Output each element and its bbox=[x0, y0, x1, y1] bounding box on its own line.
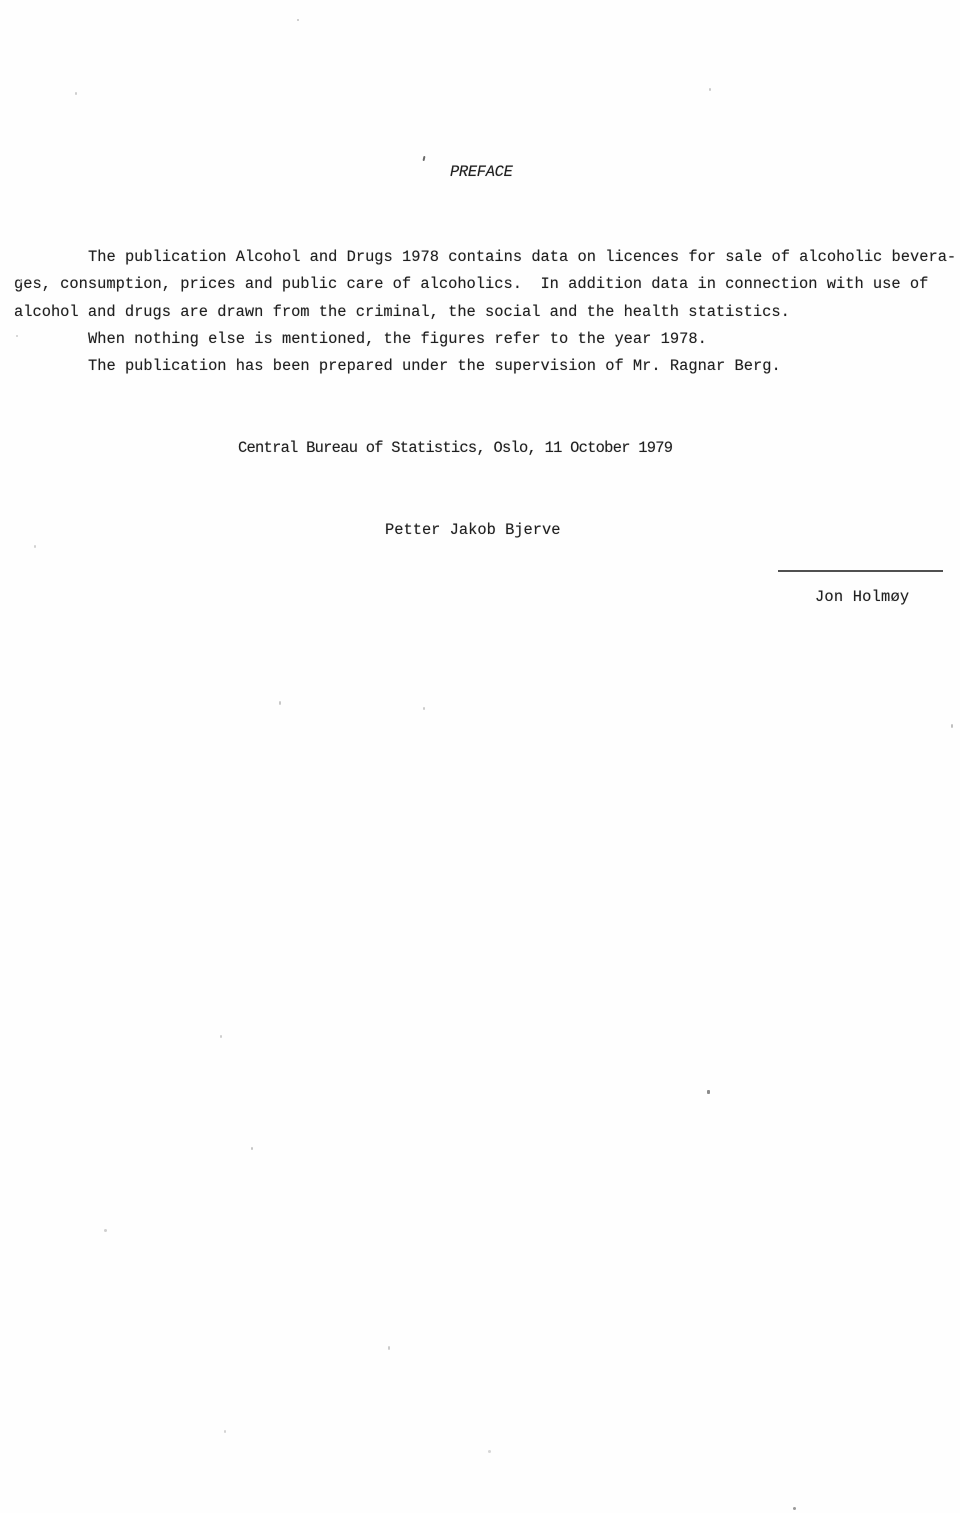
signature-cosigner-name: Jon Holmøy bbox=[815, 587, 909, 607]
page-title: PREFACE bbox=[450, 162, 513, 182]
dateline: Central Bureau of Statistics, Oslo, 11 O… bbox=[238, 438, 672, 458]
document-page: PREFACE The publication Alcohol and Drug… bbox=[0, 0, 960, 1513]
signature-line bbox=[778, 570, 943, 572]
body-line: alcohol and drugs are drawn from the cri… bbox=[14, 299, 944, 326]
scan-speck bbox=[251, 1147, 253, 1150]
body-line: The publication Alcohol and Drugs 1978 c… bbox=[14, 244, 944, 271]
scan-speck bbox=[423, 156, 426, 161]
scan-speck bbox=[20, 280, 22, 283]
scan-speck bbox=[388, 1346, 390, 1350]
body-line: The publication has been prepared under … bbox=[14, 353, 944, 380]
scan-speck bbox=[423, 707, 425, 710]
scan-speck bbox=[220, 1035, 222, 1038]
scan-speck bbox=[104, 1229, 107, 1232]
scan-speck bbox=[793, 1507, 796, 1510]
scan-speck bbox=[488, 1450, 491, 1453]
scan-speck bbox=[279, 701, 281, 705]
preface-paragraphs: The publication Alcohol and Drugs 1978 c… bbox=[14, 244, 944, 380]
scan-speck bbox=[34, 545, 36, 548]
scan-speck bbox=[16, 335, 18, 337]
signature-director-name: Petter Jakob Bjerve bbox=[385, 520, 560, 540]
body-line: ges, consumption, prices and public care… bbox=[14, 271, 944, 298]
scan-speck bbox=[297, 19, 299, 21]
scan-speck bbox=[951, 724, 953, 728]
scan-speck bbox=[707, 1090, 710, 1094]
scan-speck bbox=[709, 88, 711, 91]
scan-speck bbox=[224, 1430, 226, 1433]
body-line: When nothing else is mentioned, the figu… bbox=[14, 326, 944, 353]
scan-speck bbox=[75, 92, 77, 95]
